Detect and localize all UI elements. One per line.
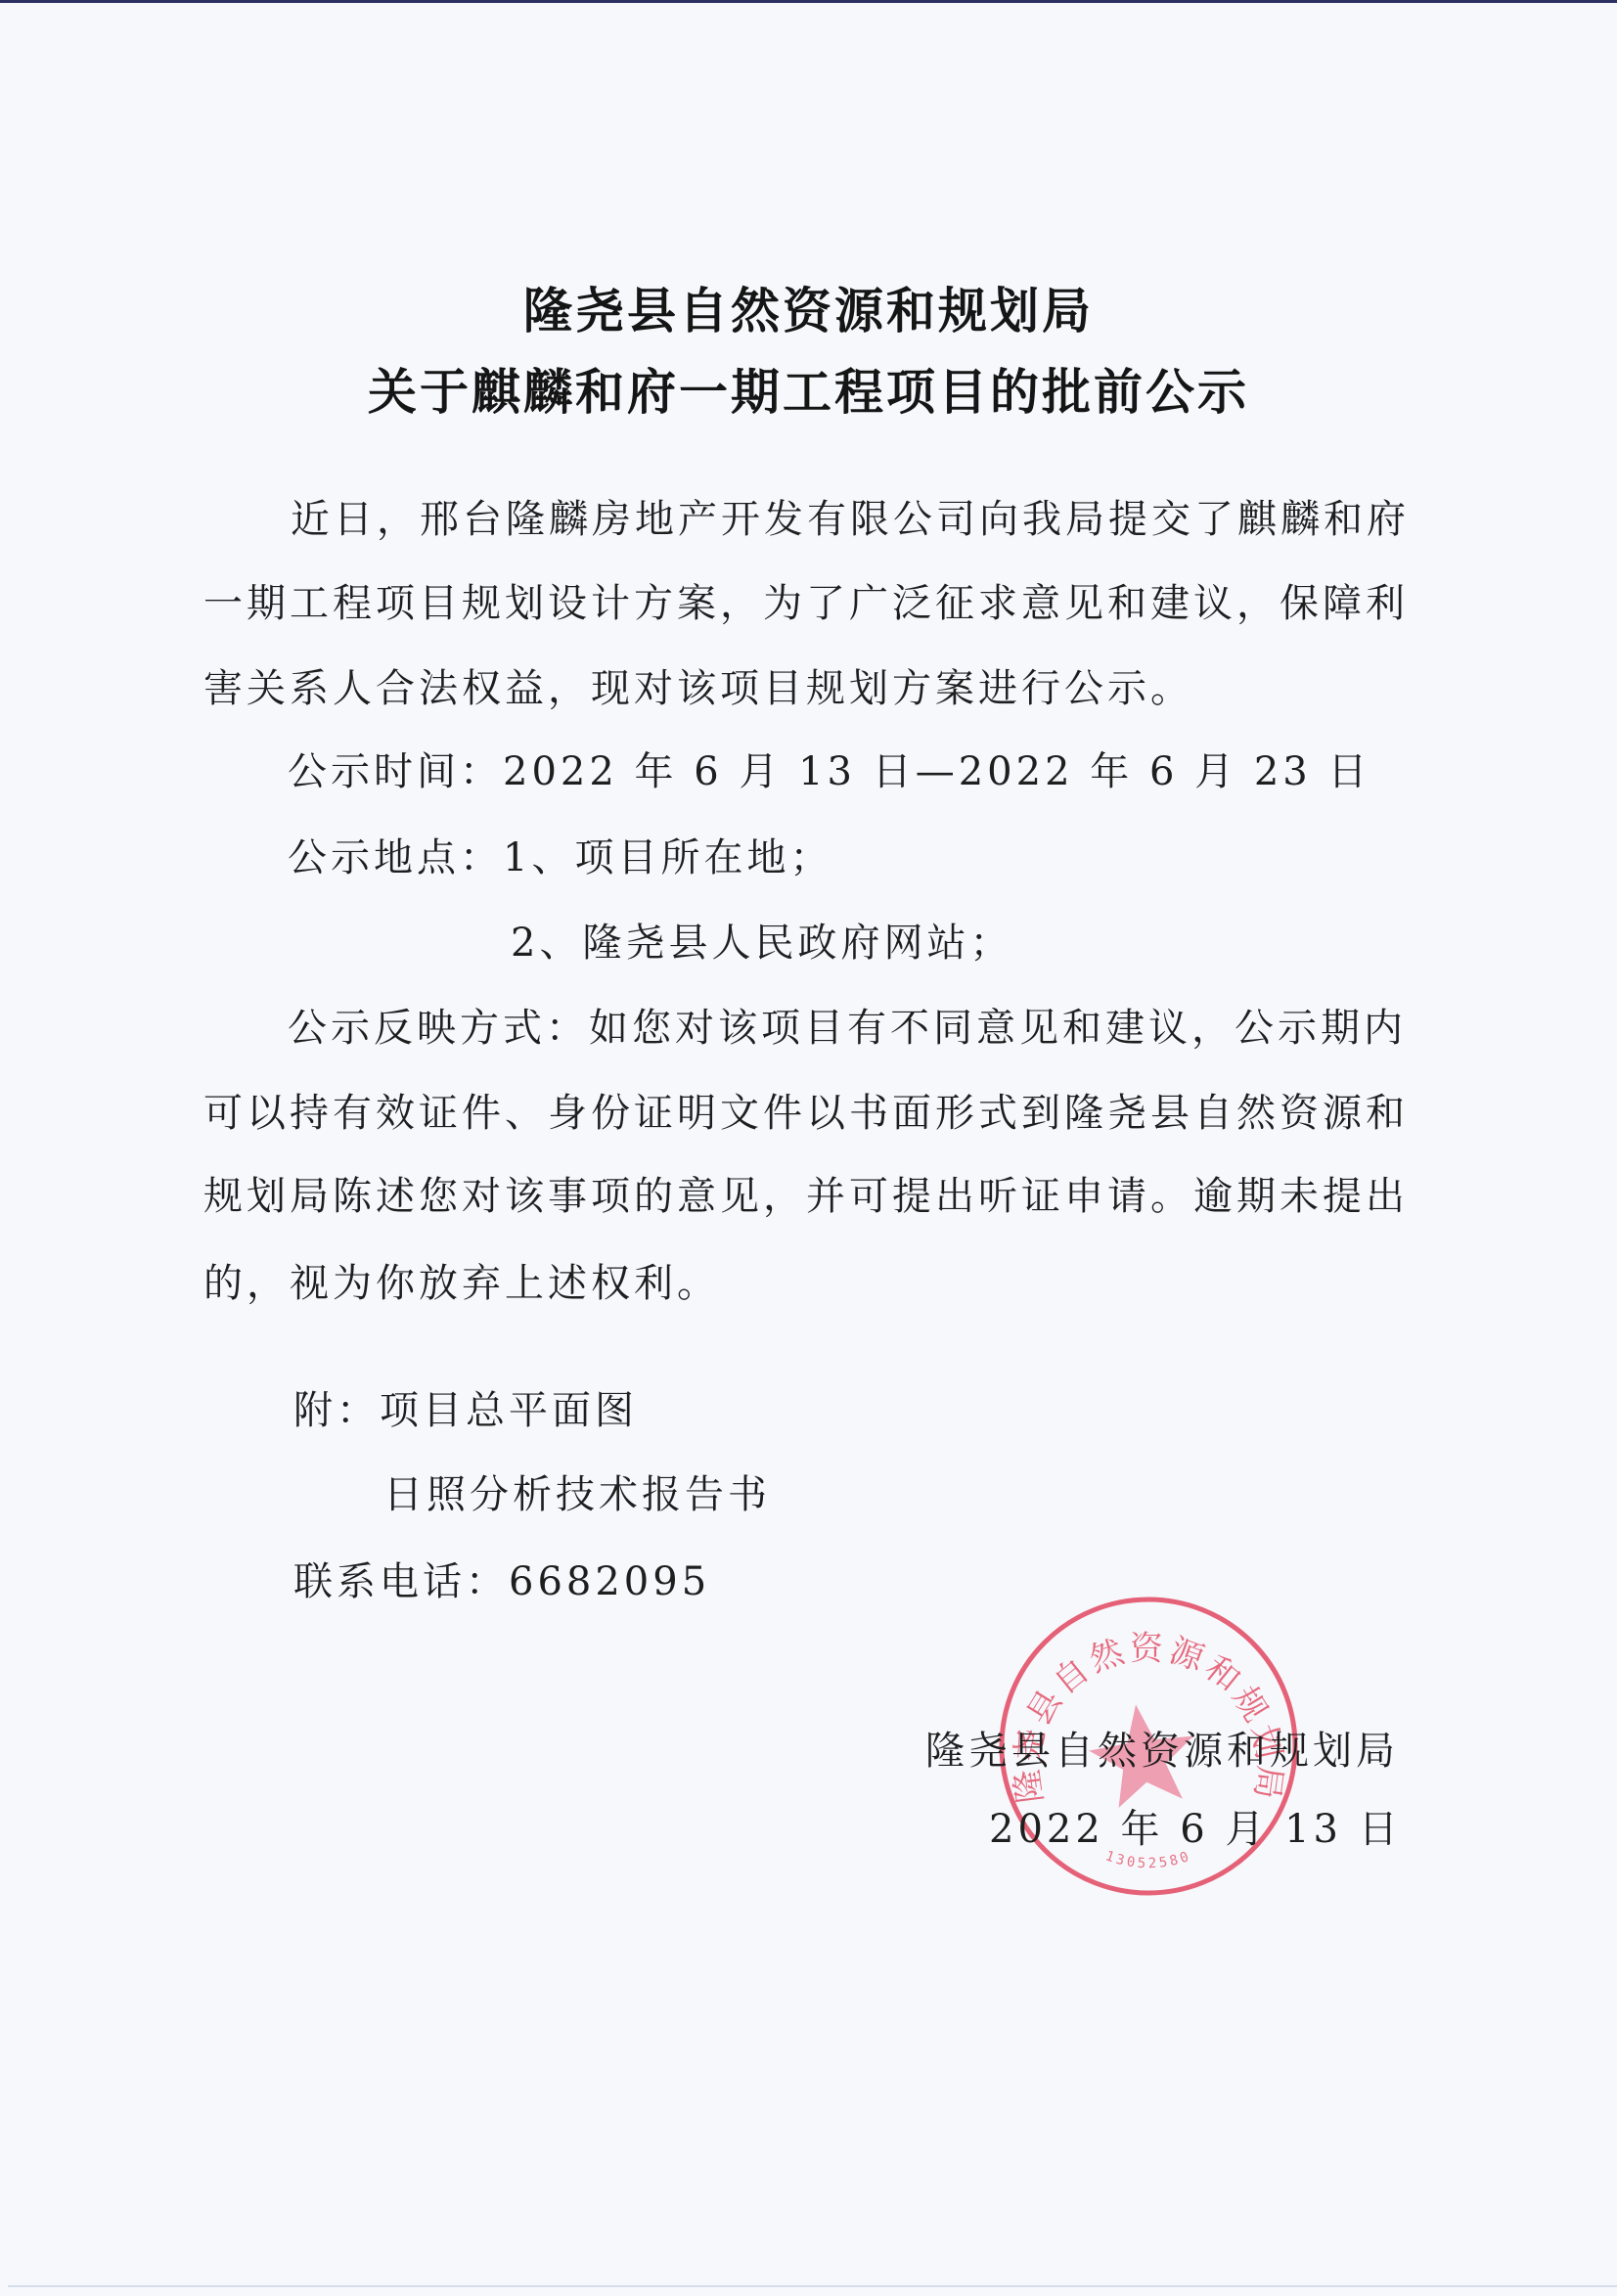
title-line-2: 关于麒麟和府一期工程项目的批前公示 (0, 365, 1617, 420)
scan-bottom-edge (8, 2285, 1617, 2287)
feedback-line-2: 可以持有效证件、身份证明文件以书面形式到隆尧县自然资源和 (203, 1092, 1409, 1135)
attachment-item-2: 日照分析技术报告书 (383, 1473, 771, 1516)
feedback-line-1: 公示反映方式：如您对该项目有不同意见和建议，公示期内 (288, 1007, 1407, 1050)
paragraph-1-line-2: 一期工程项目规划设计方案，为了广泛征求意见和建议，保障利 (203, 582, 1409, 625)
title-line-1: 隆尧县自然资源和规划局 (0, 284, 1617, 338)
notice-period: 公示时间：2022 年 6 月 13 日—2022 年 6 月 23 日 (288, 750, 1370, 793)
issue-date: 2022 年 6 月 13 日 (989, 1808, 1402, 1851)
paragraph-1-line-1: 近日，邢台隆麟房地产开发有限公司向我局提交了麒麟和府 (291, 498, 1410, 541)
scan-top-edge (0, 0, 1617, 3)
feedback-line-4: 的，视为你放弃上述权利。 (203, 1262, 720, 1305)
paragraph-1-line-3: 害关系人合法权益，现对该项目规划方案进行公示。 (203, 667, 1193, 710)
seal-ring-text: 隆尧县自然资源和规划局 (1008, 1629, 1290, 1805)
notice-location-item-2: 2、隆尧县人民政府网站； (511, 922, 1012, 965)
attachment-item-1: 附：项目总平面图 (293, 1389, 638, 1432)
contact-phone: 联系电话：6682095 (293, 1560, 710, 1603)
svg-text:隆尧县自然资源和规划局: 隆尧县自然资源和规划局 (1008, 1629, 1290, 1805)
feedback-line-3: 规划局陈述您对该事项的意见，并可提出听证申请。逾期未提出 (203, 1175, 1409, 1218)
issuer-signature: 隆尧县自然资源和规划局 (925, 1730, 1399, 1773)
notice-location-item-1: 公示地点：1、项目所在地； (288, 836, 832, 879)
